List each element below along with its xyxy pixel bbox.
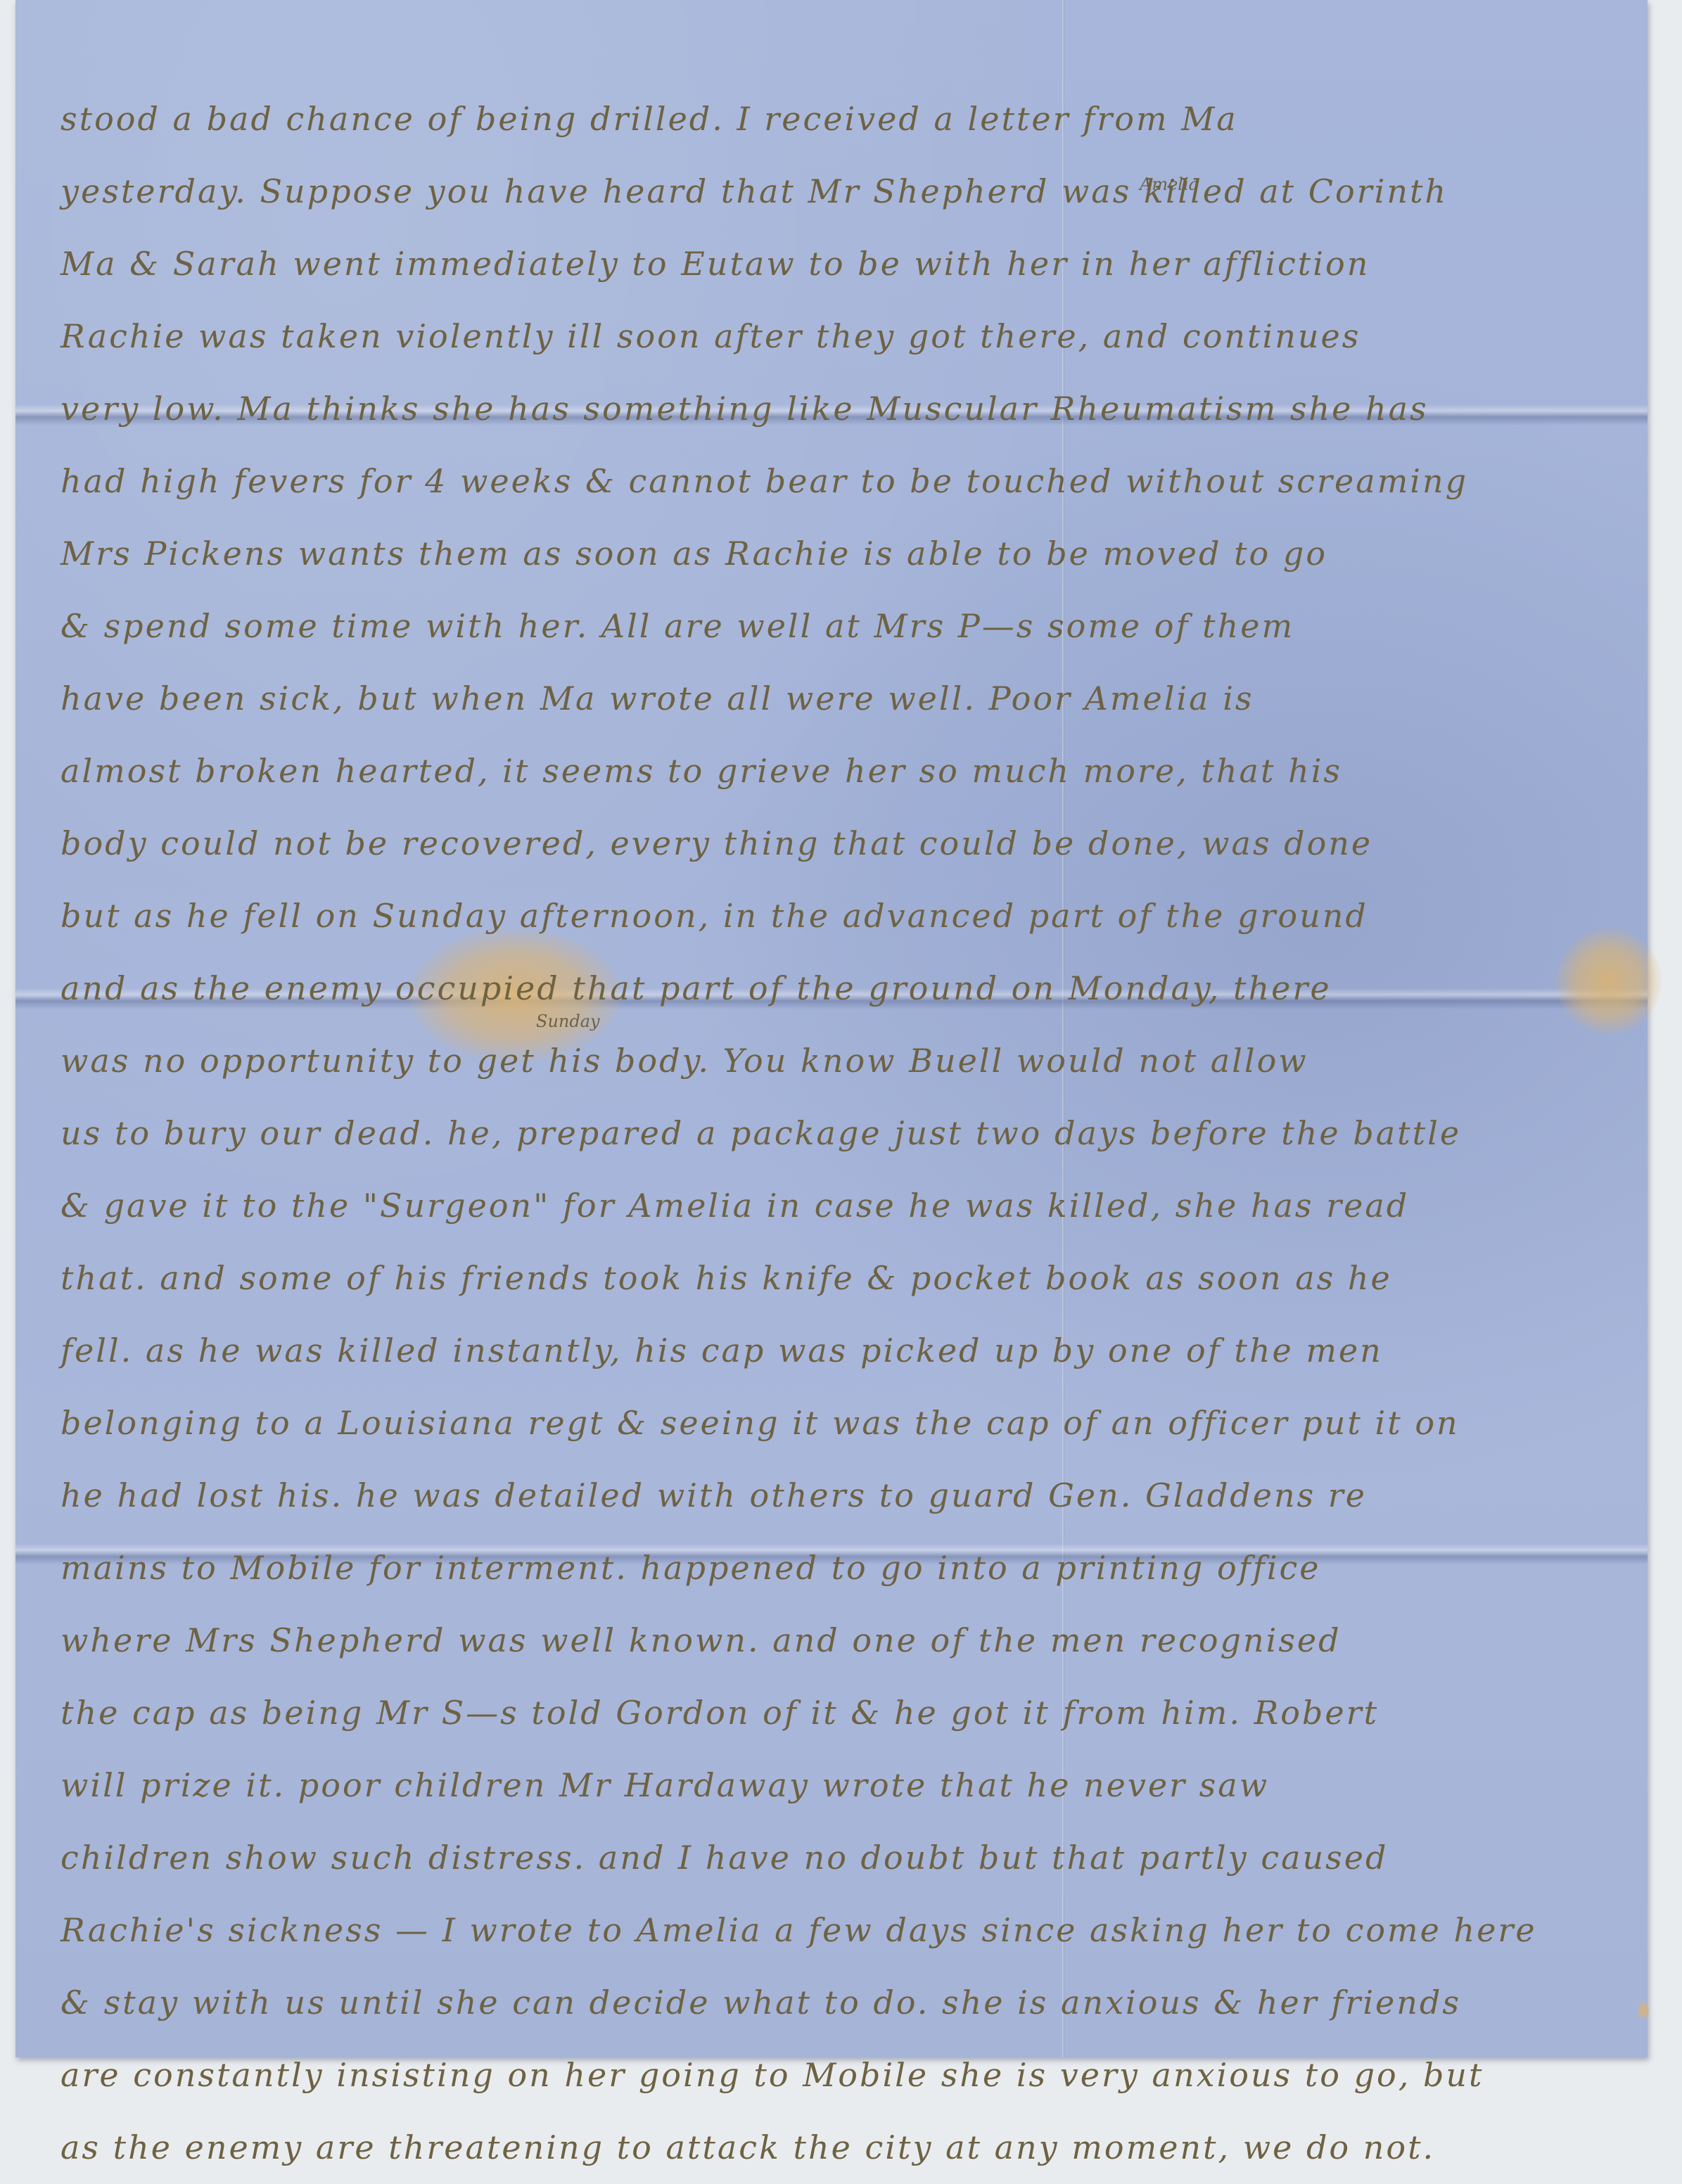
text-line: had high fevers for 4 weeks & cannot bea… [60,445,1650,518]
text-line: & spend some time with her. All are well… [60,590,1650,663]
text-line: us to bury our dead. he, prepared a pack… [60,1097,1650,1170]
text-line: body could not be recovered, every thing… [60,807,1650,880]
text-line: he had lost his. he was detailed with ot… [60,1460,1650,1532]
text-line: & gave it to the "Surgeon" for Amelia in… [60,1170,1650,1242]
text-line: children show such distress. and I have … [60,1822,1650,1894]
letter-page: Amelia Sunday stood a bad chance of bein… [15,0,1648,2057]
text-line: but as he fell on Sunday afternoon, in t… [60,880,1650,952]
text-line: mains to Mobile for interment. happened … [60,1532,1650,1604]
handwritten-text-body: stood a bad chance of being drilled. I r… [60,83,1650,2084]
text-line: that. and some of his friends took his k… [60,1242,1650,1315]
text-line: Rachie's sickness — I wrote to Amelia a … [60,1894,1650,1967]
text-line: belonging to a Louisiana regt & seeing i… [60,1387,1650,1460]
text-line: & stay with us until she can decide what… [60,1967,1650,2039]
text-line: yesterday. Suppose you have heard that M… [60,155,1650,228]
text-line: have been sick, but when Ma wrote all we… [60,663,1650,735]
text-line: was no opportunity to get his body. You … [60,1025,1650,1097]
text-line: the cap as being Mr S—s told Gordon of i… [60,1677,1650,1749]
text-line: stood a bad chance of being drilled. I r… [60,83,1650,155]
text-line: Mrs Pickens wants them as soon as Rachie… [60,518,1650,590]
text-line: almost broken hearted, it seems to griev… [60,735,1650,807]
text-line: Ma & Sarah went immediately to Eutaw to … [60,228,1650,300]
text-line: fell. as he was killed instantly, his ca… [60,1315,1650,1387]
text-line: very low. Ma thinks she has something li… [60,373,1650,445]
text-line: Rachie was taken violently ill soon afte… [60,300,1650,373]
text-line: will prize it. poor children Mr Hardaway… [60,1749,1650,1822]
text-line: are constantly insisting on her going to… [60,2039,1650,2084]
text-line: where Mrs Shepherd was well known. and o… [60,1604,1650,1677]
text-line: and as the enemy occupied that part of t… [60,952,1650,1025]
